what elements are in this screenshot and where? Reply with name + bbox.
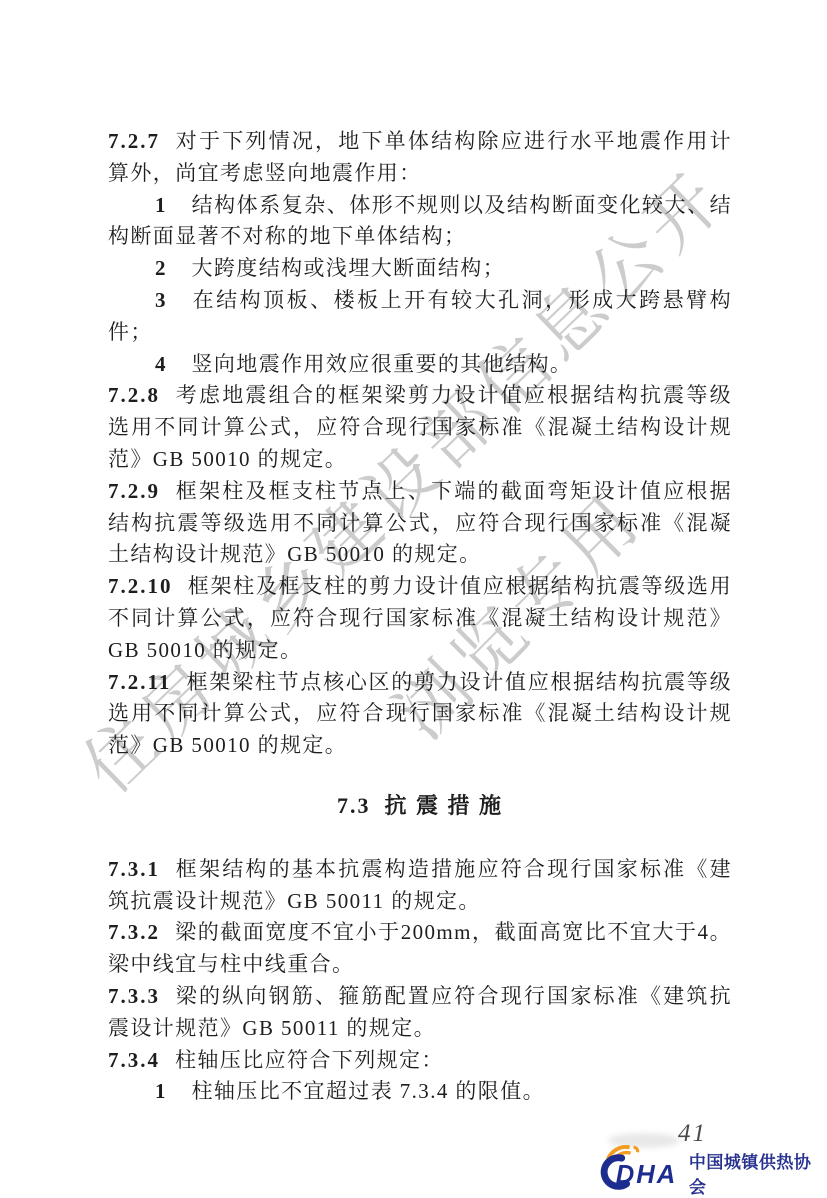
clause-text: 框架梁柱节点核心区的剪力设计值应根据结构抗震等级选用不同计算公式，应符合现行国家… <box>108 670 732 758</box>
item-number: 1 <box>155 193 168 217</box>
item-text: 竖向地震作用效应很重要的其他结构。 <box>192 352 573 376</box>
section-heading-7-3: 7.3抗 震 措 施 <box>108 790 732 822</box>
scanned-document-page: { "page": { "number": "41", "watermark":… <box>0 0 827 1198</box>
clause-7-3-1: 7.3.1框架结构的基本抗震构造措施应符合现行国家标准《建筑抗震设计规范》GB … <box>108 854 732 918</box>
clause-text: 对于下列情况，地下单体结构除应进行水平地震作用计算外，尚宜考虑竖向地震作用： <box>108 129 732 185</box>
clause-number: 7.3.1 <box>108 857 160 881</box>
clause-7-2-7: 7.2.7对于下列情况，地下单体结构除应进行水平地震作用计算外，尚宜考虑竖向地震… <box>108 126 732 190</box>
clause-number: 7.2.10 <box>108 574 173 598</box>
document-body: 7.2.7对于下列情况，地下单体结构除应进行水平地震作用计算外，尚宜考虑竖向地震… <box>108 126 732 1108</box>
clause-text: 框架柱及框支柱的剪力设计值应根据结构抗震等级选用不同计算公式，应符合现行国家标准… <box>108 574 732 662</box>
clause-7-2-10: 7.2.10框架柱及框支柱的剪力设计值应根据结构抗震等级选用不同计算公式，应符合… <box>108 571 732 666</box>
logo-org-name: 中国城镇供热协会 <box>689 1148 827 1198</box>
list-item-4: 4竖向地震作用效应很重要的其他结构。 <box>108 349 732 381</box>
clause-text: 框架柱及框支柱节点上、下端的截面弯矩设计值应根据结构抗震等级选用不同计算公式，应… <box>108 479 732 567</box>
item-text: 在结构顶板、楼板上开有较大孔洞，形成大跨悬臂构件； <box>108 288 732 344</box>
clause-text: 柱轴压比应符合下列规定： <box>175 1048 444 1072</box>
list-item-3: 3在结构顶板、楼板上开有较大孔洞，形成大跨悬臂构件； <box>108 285 732 349</box>
section-title: 抗 震 措 施 <box>384 793 503 818</box>
clause-7-3-4: 7.3.4柱轴压比应符合下列规定： <box>108 1045 732 1077</box>
list-item-1-of-7-3-4: 1柱轴压比不宜超过表 7.3.4 的限值。 <box>108 1076 732 1108</box>
list-item-2: 2大跨度结构或浅埋大断面结构； <box>108 253 732 285</box>
list-item-1: 1结构体系复杂、体形不规则以及结构断面变化较大、结构断面显著不对称的地下单体结构… <box>108 190 732 254</box>
clause-text: 框架结构的基本抗震构造措施应符合现行国家标准《建筑抗震设计规范》GB 50011… <box>108 857 732 913</box>
clause-number: 7.3.4 <box>108 1048 160 1072</box>
clause-number: 7.3.2 <box>108 920 160 944</box>
clause-text: 梁的纵向钢筋、箍筋配置应符合现行国家标准《建筑抗震设计规范》GB 50011 的… <box>108 984 732 1040</box>
item-number: 4 <box>155 352 168 376</box>
clause-text: 考虑地震组合的框架梁剪力设计值应根据结构抗震等级选用不同计算公式，应符合现行国家… <box>108 383 732 471</box>
logo-acronym-text: DHA <box>616 1161 677 1189</box>
item-number: 1 <box>155 1079 168 1103</box>
clause-number: 7.3.3 <box>108 984 160 1008</box>
cdha-logo: DHA 中国城镇供热协会 <box>600 1136 827 1198</box>
section-number: 7.3 <box>337 793 371 818</box>
item-number: 2 <box>155 256 168 280</box>
clause-number: 7.2.7 <box>108 129 160 153</box>
cdha-logo-mark: DHA <box>600 1143 679 1191</box>
item-text: 结构体系复杂、体形不规则以及结构断面变化较大、结构断面显著不对称的地下单体结构； <box>108 193 732 249</box>
item-number: 3 <box>155 288 168 312</box>
clause-text: 梁的截面宽度不宜小于200mm，截面高宽比不宜大于4。梁中线宜与柱中线重合。 <box>108 920 732 976</box>
clause-number: 7.2.8 <box>108 383 160 407</box>
clause-7-2-11: 7.2.11框架梁柱节点核心区的剪力设计值应根据结构抗震等级选用不同计算公式，应… <box>108 667 732 762</box>
clause-number: 7.2.11 <box>108 670 171 694</box>
clause-7-3-3: 7.3.3梁的纵向钢筋、箍筋配置应符合现行国家标准《建筑抗震设计规范》GB 50… <box>108 981 732 1045</box>
clause-7-2-9: 7.2.9框架柱及框支柱节点上、下端的截面弯矩设计值应根据结构抗震等级选用不同计… <box>108 476 732 571</box>
clause-7-3-2: 7.3.2梁的截面宽度不宜小于200mm，截面高宽比不宜大于4。梁中线宜与柱中线… <box>108 917 732 981</box>
clause-7-2-8: 7.2.8考虑地震组合的框架梁剪力设计值应根据结构抗震等级选用不同计算公式，应符… <box>108 380 732 475</box>
clause-number: 7.2.9 <box>108 479 160 503</box>
item-text: 柱轴压比不宜超过表 7.3.4 的限值。 <box>192 1079 546 1103</box>
item-text: 大跨度结构或浅埋大断面结构； <box>192 256 506 280</box>
